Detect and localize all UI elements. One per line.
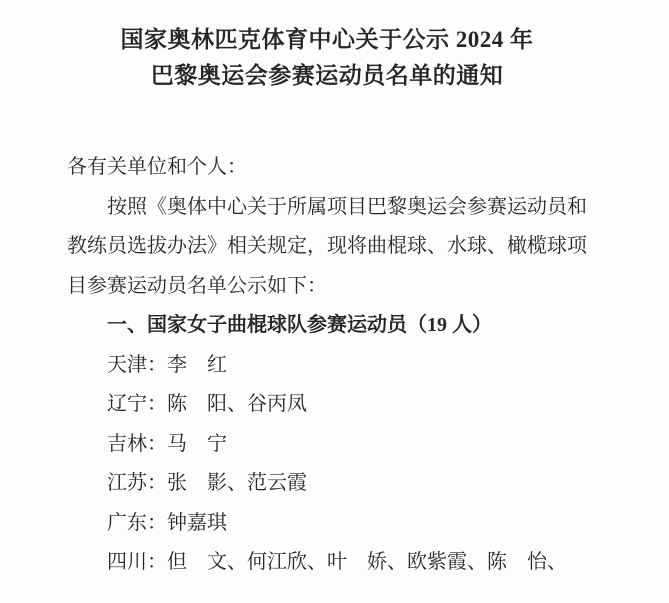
athlete-names: 马 宁 xyxy=(167,433,227,455)
salutation-line: 各有关单位和个人： xyxy=(67,148,587,188)
province-label: 江苏： xyxy=(107,472,167,494)
province-label: 辽宁： xyxy=(107,393,167,415)
athlete-names: 钟嘉琪 xyxy=(167,512,227,534)
province-label: 天津： xyxy=(107,354,167,376)
athlete-names: 张 影、范云霞 xyxy=(167,472,307,494)
paragraph-line-3: 目参赛运动员名单公示如下： xyxy=(67,267,587,307)
paragraph-line-2: 教练员选拔办法》相关规定，现将曲棍球、水球、橄榄球项 xyxy=(67,227,587,267)
athlete-row-guangdong: 广东：钟嘉琪 xyxy=(67,504,587,544)
document-title-line-1: 国家奥林匹克体育中心关于公示 2024 年 xyxy=(67,22,587,58)
document-title: 国家奥林匹克体育中心关于公示 2024 年 巴黎奥运会参赛运动员名单的通知 xyxy=(67,22,587,94)
athlete-names: 李 红 xyxy=(167,354,227,376)
province-label: 广东： xyxy=(107,512,167,534)
athlete-names: 但 文、何江欣、叶 娇、欧紫霞、陈 怡、 xyxy=(167,551,567,573)
section-heading: 一、国家女子曲棍球队参赛运动员（19 人） xyxy=(67,306,587,346)
paragraph-line-1: 按照《奥体中心关于所属项目巴黎奥运会参赛运动员和 xyxy=(67,188,587,228)
athlete-row-jiangsu: 江苏：张 影、范云霞 xyxy=(67,464,587,504)
athlete-row-tianjin: 天津：李 红 xyxy=(67,346,587,386)
document-body: 各有关单位和个人： 按照《奥体中心关于所属项目巴黎奥运会参赛运动员和 教练员选拔… xyxy=(67,148,587,583)
document-page: 国家奥林匹克体育中心关于公示 2024 年 巴黎奥运会参赛运动员名单的通知 各有… xyxy=(0,0,669,603)
document-title-line-2: 巴黎奥运会参赛运动员名单的通知 xyxy=(67,58,587,94)
athlete-names: 陈 阳、谷丙凤 xyxy=(167,393,307,415)
athlete-row-sichuan: 四川：但 文、何江欣、叶 娇、欧紫霞、陈 怡、 xyxy=(67,543,587,583)
province-label: 吉林： xyxy=(107,433,167,455)
province-label: 四川： xyxy=(107,551,167,573)
athlete-row-jilin: 吉林：马 宁 xyxy=(67,425,587,465)
athlete-row-liaoning: 辽宁：陈 阳、谷丙凤 xyxy=(67,385,587,425)
